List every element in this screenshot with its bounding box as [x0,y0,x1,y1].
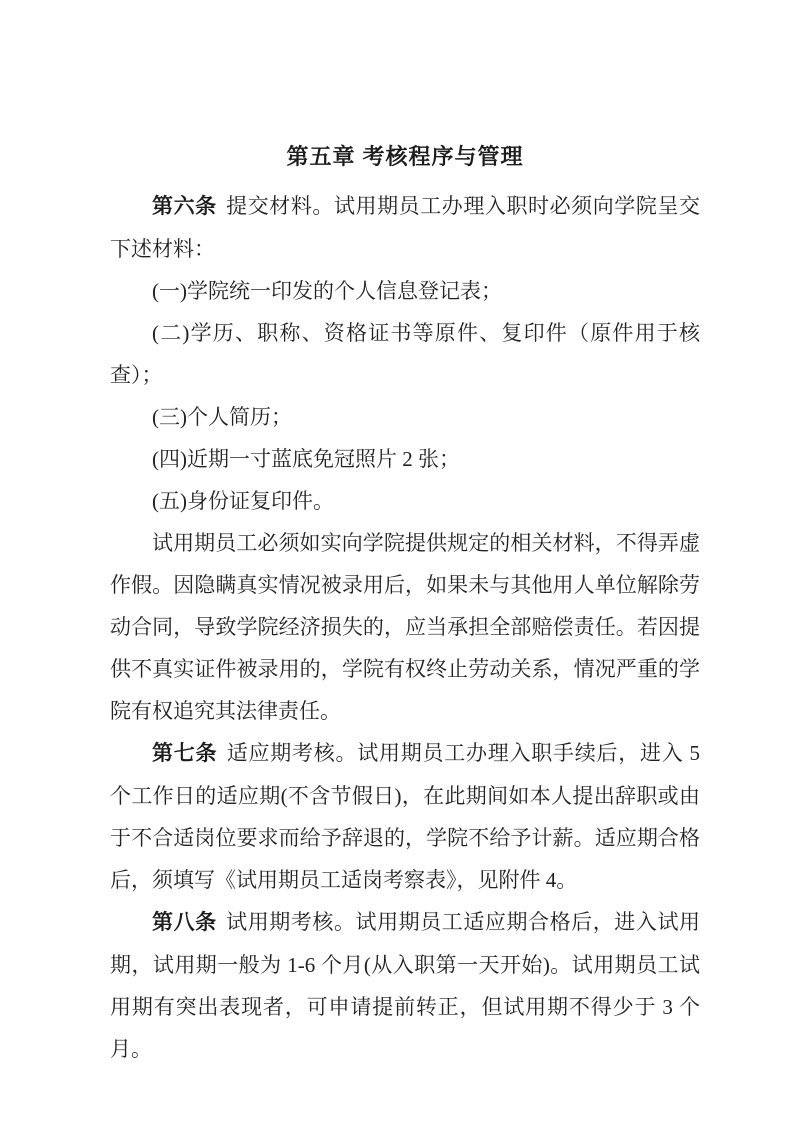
article-6-paragraph: 第六条提交材料。试用期员工办理入职时必须向学院呈交下述材料： [110,185,700,270]
material-item-1: (一)学院统一印发的个人信息登记表； [110,270,700,312]
chapter-title: 第五章 考核程序与管理 [110,136,700,178]
integrity-note-text: 试用期员工必须如实向学院提供规定的相关材料，不得弄虚作假。因隐瞒真实情况被录用后… [110,531,700,723]
material-item-5: (五)身份证复印件。 [110,480,700,522]
material-item-1-text: (一)学院统一印发的个人信息登记表； [152,279,502,303]
integrity-note-paragraph: 试用期员工必须如实向学院提供规定的相关材料，不得弄虚作假。因隐瞒真实情况被录用后… [110,522,700,732]
article-7-number: 第七条 [152,742,217,765]
material-item-2: (二)学历、职称、资格证书等原件、复印件（原件用于核查）； [110,312,700,396]
document-page: 第五章 考核程序与管理 第六条提交材料。试用期员工办理入职时必须向学院呈交下述材… [0,0,793,1122]
article-7-paragraph: 第七条适应期考核。试用期员工办理入职手续后，进入 5 个工作日的适应期(不含节假… [110,732,700,901]
article-8-paragraph: 第八条试用期考核。试用期员工适应期合格后，进入试用期，试用期一般为 1-6 个月… [110,901,700,1070]
material-item-4: (四)近期一寸蓝底免冠照片 2 张； [110,438,700,480]
article-6-number: 第六条 [152,195,217,218]
material-item-3-text: (三)个人简历； [152,405,292,429]
material-item-5-text: (五)身份证复印件。 [152,489,334,513]
material-item-3: (三)个人简历； [110,396,700,438]
material-item-4-text: (四)近期一寸蓝底免冠照片 2 张； [152,447,460,471]
material-item-2-text: (二)学历、职称、资格证书等原件、复印件（原件用于核查）； [110,321,700,387]
article-8-number: 第八条 [152,911,217,934]
